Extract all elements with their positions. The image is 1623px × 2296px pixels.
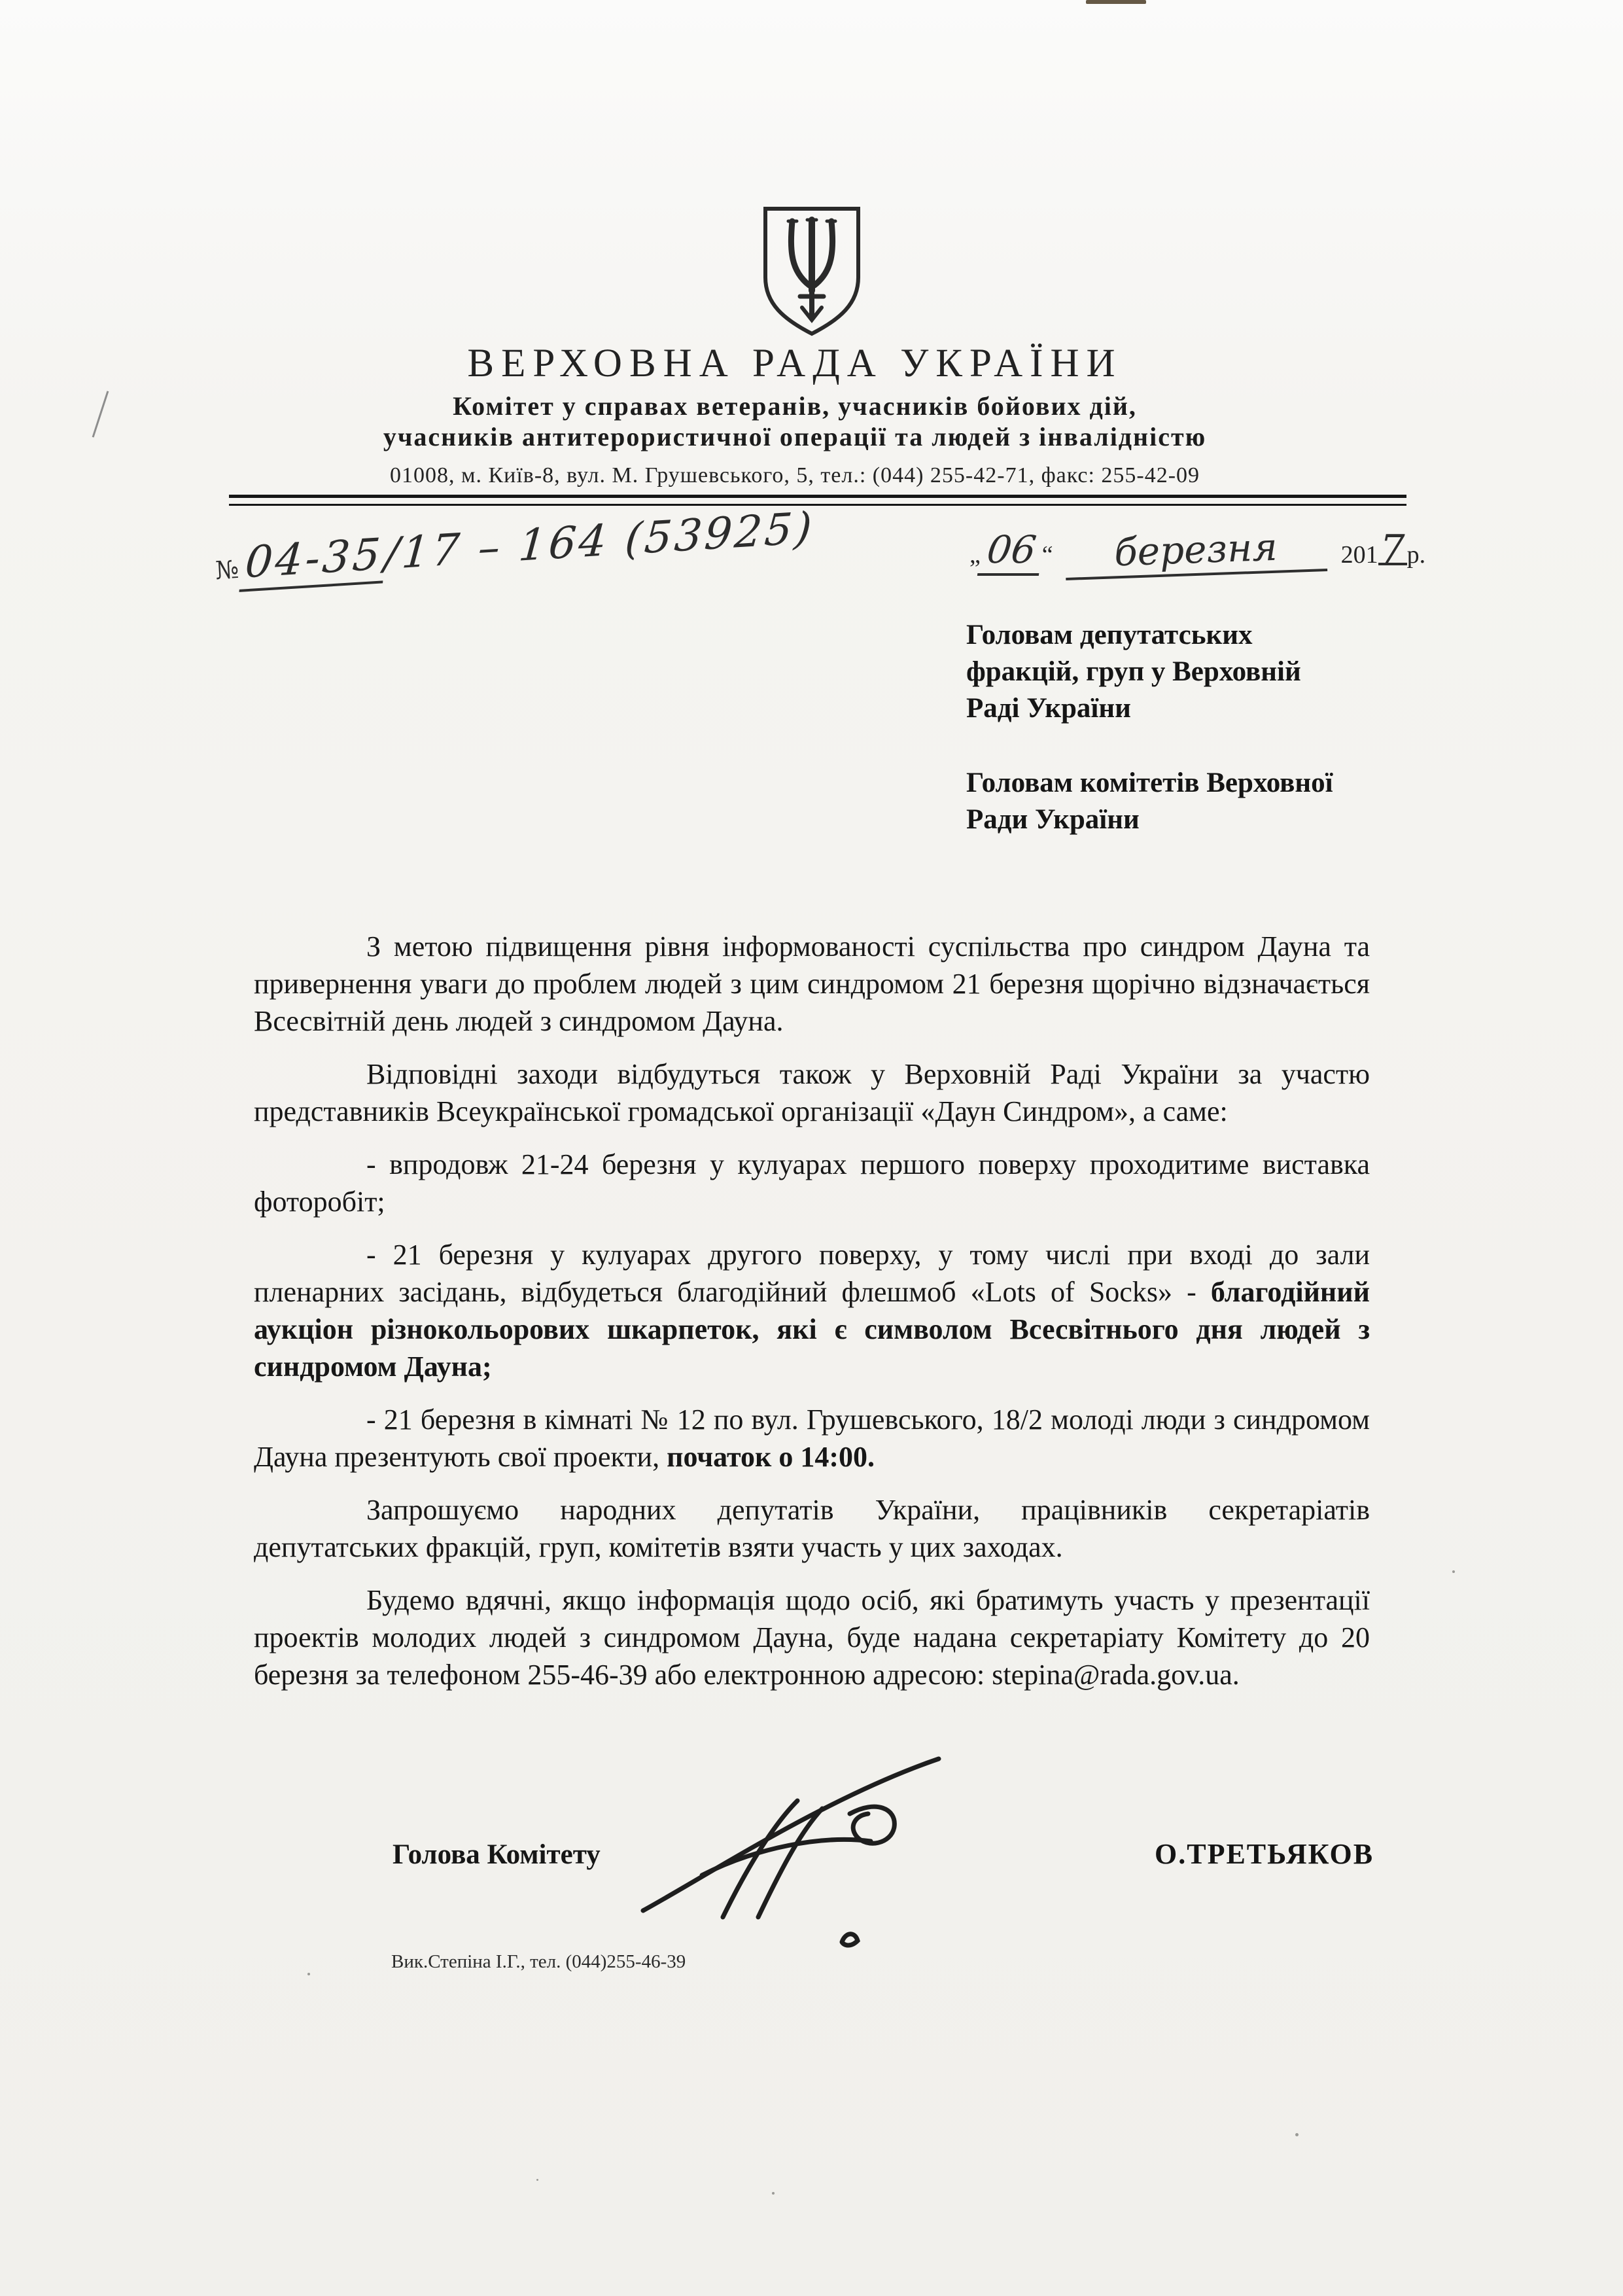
bullet-2-text: - 21 березня у кулуарах другого поверху,… <box>254 1239 1370 1308</box>
scan-speck <box>1295 2133 1299 2136</box>
scan-speck <box>1452 1570 1455 1573</box>
committee-name: Комітет у справах ветеранів, учасників б… <box>0 391 1590 452</box>
date-day: 06 <box>977 527 1045 576</box>
reference-number-rest: /17 – 164 (53925) <box>383 503 816 580</box>
addressee-line: Головам комітетів Верховної <box>966 765 1333 802</box>
scan-speck <box>772 2192 775 2195</box>
body-bullet-2: - 21 березня у кулуарах другого поверху,… <box>254 1236 1370 1385</box>
body-paragraph-4: Будемо вдячні, якщо інформація щодо осіб… <box>254 1581 1370 1693</box>
signature-scribble <box>625 1746 965 1962</box>
scanned-letter-page: ВЕРХОВНА РАДА УКРАЇНИ Комітет у справах … <box>0 0 1623 2296</box>
committee-name-line2: учасників антитерористичної операції та … <box>0 421 1590 452</box>
signatory-name: О.ТРЕТЬЯКОВ <box>1155 1837 1374 1871</box>
committee-name-line1: Комітет у справах ветеранів, учасників б… <box>0 391 1590 421</box>
addressee-block-1: Головам депутатських фракцій, груп у Вер… <box>966 617 1333 727</box>
body-bullet-3: - 21 березня в кімнаті № 12 по вул. Груш… <box>254 1401 1370 1475</box>
letter-body: З метою підвищення рівня інформованості … <box>254 928 1370 1709</box>
date-year-printed: 201 <box>1341 540 1378 569</box>
reference-date: „06“ березня 2017р. <box>969 527 1425 576</box>
date-year-handwritten: 7 <box>1378 537 1407 565</box>
trident-emblem-icon <box>761 204 863 339</box>
body-paragraph-3: Запрошуємо народних депутатів України, п… <box>254 1491 1370 1566</box>
addressee-line: фракцій, груп у Верховній <box>966 654 1333 690</box>
letterhead-divider <box>229 495 1406 506</box>
body-paragraph-2: Відповідні заходи відбудуться також у Ве… <box>254 1055 1370 1130</box>
body-paragraph-1: З метою підвищення рівня інформованості … <box>254 928 1370 1040</box>
scan-speck <box>536 2179 538 2181</box>
bullet-3-bold-text: початок о 14:00. <box>667 1441 875 1473</box>
date-quote-close: “ <box>1042 540 1053 569</box>
addressee-block-2: Головам комітетів Верховної Ради України <box>966 765 1333 838</box>
date-year-suffix: р. <box>1407 540 1426 569</box>
addressee-line: Головам депутатських <box>966 617 1333 654</box>
page-title: ВЕРХОВНА РАДА УКРАЇНИ <box>0 341 1590 387</box>
scan-edge-smudge <box>1086 0 1146 4</box>
body-bullet-1: - впродовж 21-24 березня у кулуарах перш… <box>254 1146 1370 1220</box>
address-line: 01008, м. Київ-8, вул. М. Грушевського, … <box>0 463 1590 488</box>
date-month: березня <box>1064 523 1327 580</box>
reference-number-underlined: 04-35 <box>239 529 387 592</box>
signature-role: Голова Комітету <box>393 1839 601 1871</box>
reference-number: № 04-35/17 – 164 (53925) <box>213 503 816 593</box>
addressee-block: Головам депутатських фракцій, груп у Вер… <box>966 617 1333 838</box>
scan-speck <box>307 1973 310 1975</box>
number-sign: № <box>215 555 240 585</box>
executor-note: Вик.Степіна І.Г., тел. (044)255-46-39 <box>391 1951 686 1973</box>
addressee-line: Ради України <box>966 802 1333 838</box>
addressee-line: Раді України <box>966 690 1333 727</box>
